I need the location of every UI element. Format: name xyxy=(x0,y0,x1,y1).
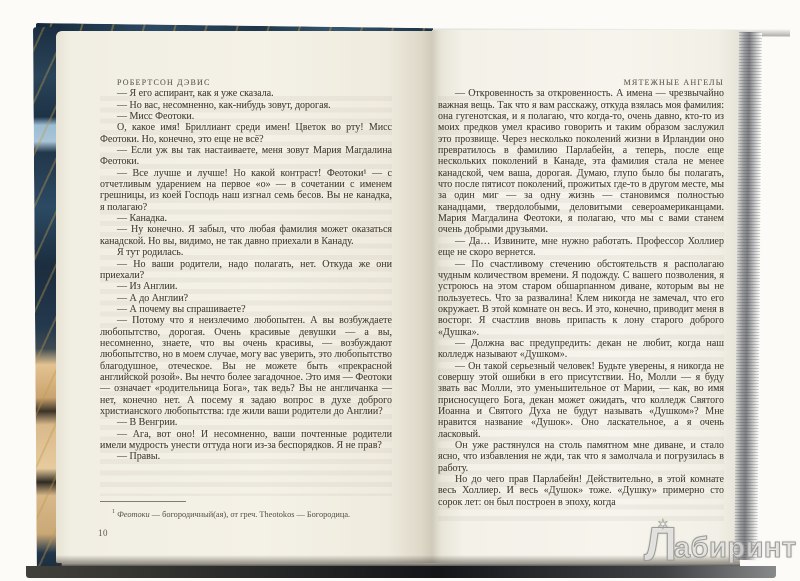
paragraph: Но до чего прав Парлабейн! Действительно… xyxy=(438,474,724,508)
paragraph: — Из Англии. xyxy=(100,281,392,292)
right-page-text: МЯТЕЖНЫЕ АНГЕЛЫ — Откровенность за откро… xyxy=(438,77,724,508)
paragraph: — Я его аспирант, как я уже сказала. xyxy=(100,88,392,99)
labirint-mascot-icon: ✶ xyxy=(657,517,669,531)
paragraph: О, какое имя! Бриллиант среди имен! Цвет… xyxy=(100,122,392,145)
watermark-text: абиринт xyxy=(674,534,797,563)
page-stack-fore-edge xyxy=(734,32,762,560)
left-page-text: РОБЕРТСОН ДЭВИС — Я его аспирант, как я … xyxy=(100,77,392,463)
paragraph: — А до Англии? xyxy=(100,293,392,304)
footnote-text: 1 Феотоки — богородичный(ая), от греч. T… xyxy=(100,507,392,520)
paragraph: — Но вас, несомненно, как-нибудь зовут, … xyxy=(100,100,392,111)
paragraph: — По счастливому стечению обстоятельств … xyxy=(438,259,724,338)
paragraph: — Канадка. xyxy=(100,213,392,224)
footnote: 1 Феотоки — богородичный(ая), от греч. T… xyxy=(100,501,392,520)
paragraph: — Мисс Феотоки. xyxy=(100,111,392,122)
labirint-watermark: ✶ Лабиринт xyxy=(644,524,797,563)
paragraph: — Он такой серьезный человек! Будьте уве… xyxy=(438,361,724,440)
paragraph: — Все лучше и лучше! Но какой контраст! … xyxy=(100,168,392,213)
paragraph: Я тут родилась. xyxy=(100,247,392,258)
footnote-term: Феотоки xyxy=(117,510,150,519)
paragraph: — Ага, вот оно! И несомненно, ваши почте… xyxy=(100,429,392,452)
footnote-rule xyxy=(100,501,186,502)
running-header-title: МЯТЕЖНЫЕ АНГЕЛЫ xyxy=(438,77,724,88)
paragraph: — Ну конечно. Я забыл, что любая фамилия… xyxy=(100,224,392,247)
paragraph: — Должна вас предупредить: декан не люби… xyxy=(438,338,724,361)
paragraph: — В Венгрии. xyxy=(100,417,392,428)
paragraph: — Потому что я неизлечимо любопытен. А в… xyxy=(100,315,392,417)
paragraph: Он уже растянулся на столь памятном мне … xyxy=(438,440,724,474)
page-number: 10 xyxy=(98,528,108,538)
paragraph: — Да… Извините, мне нужно работать. Проф… xyxy=(438,236,724,259)
paragraph: — Откровенность за откровенность. А имен… xyxy=(438,88,724,235)
footnote-marker: 1 xyxy=(112,509,115,515)
paragraph: — Если уж вы так настаиваете, меня зовут… xyxy=(100,145,392,168)
paragraph: — А почему вы спрашиваете? xyxy=(100,304,392,315)
footnote-body: — богородичный(ая), от греч. Theotokos —… xyxy=(152,510,350,519)
paragraph: — Правы. xyxy=(100,451,392,462)
running-header-author: РОБЕРТСОН ДЭВИС xyxy=(100,77,392,88)
paragraph: — Но ваши родители, надо полагать, нет. … xyxy=(100,259,392,282)
open-book-photo: РОБЕРТСОН ДЭВИС — Я его аспирант, как я … xyxy=(0,0,800,581)
